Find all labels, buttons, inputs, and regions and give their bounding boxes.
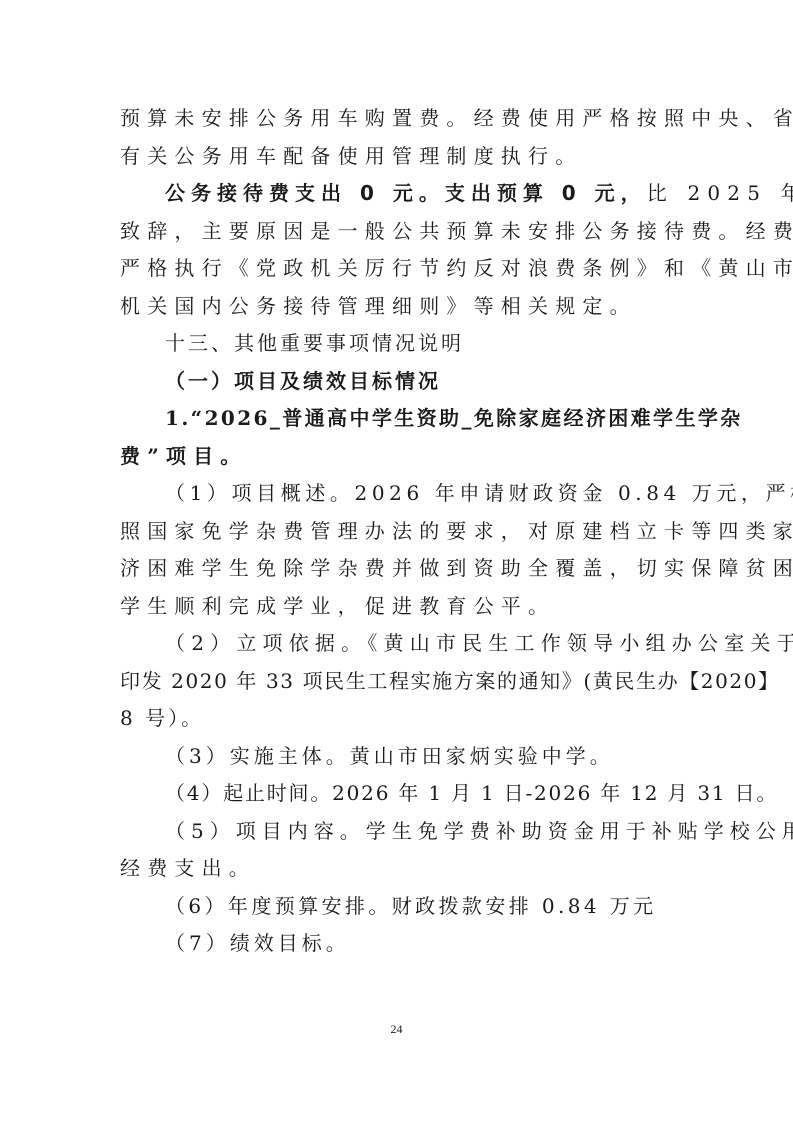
paragraph-line: 致辞，主要原因是一般公共预算未安排公务接待费。经费使用: [120, 213, 692, 251]
project-title-cont: 费”项目。: [120, 438, 692, 476]
budget-line: （6）年度预算安排。财政拨款安排 0.84 万元: [120, 888, 692, 926]
page-number: 24: [0, 1022, 793, 1037]
basis-line: 8 号）。: [120, 700, 692, 738]
goals-line: （7）绩效目标。: [120, 925, 692, 963]
reception-expense-line: 公务接待费支出 0 元。支出预算 0 元，比 2025 年预算一: [120, 175, 692, 213]
overview-line: 济困难学生免除学杂费并做到资助全覆盖，切实保障贫困家庭: [120, 550, 692, 588]
content-line: 经费支出。: [120, 850, 692, 888]
section-13-title: 十三、其他重要事项情况说明: [120, 325, 692, 363]
paragraph-line: 机关国内公务接待管理细则》等相关规定。: [120, 288, 692, 326]
content-line: （5）项目内容。学生免学费补助资金用于补贴学校公用: [120, 813, 692, 851]
overview-line: （1）项目概述。2026 年申请财政资金 0.84 万元，严格按: [120, 475, 692, 513]
implementer-line: （3）实施主体。黄山市田家炳实验中学。: [120, 738, 692, 776]
paragraph-line: 有关公务用车配备使用管理制度执行。: [120, 138, 692, 176]
subsection-1-title: （一）项目及绩效目标情况: [120, 363, 692, 401]
paragraph-line: 严格执行《党政机关厉行节约反对浪费条例》和《黄山市党政: [120, 250, 692, 288]
basis-line: 印发 2020 年 33 项民生工程实施方案的通知》(黄民生办【2020】: [120, 663, 692, 701]
basis-line: （2）立项依据。《黄山市民生工作领导小组办公室关于: [120, 625, 692, 663]
period-line: （4）起止时间。2026 年 1 月 1 日-2026 年 12 月 31 日。: [120, 775, 692, 813]
overview-line: 照国家免学杂费管理办法的要求，对原建档立卡等四类家庭经: [120, 513, 692, 551]
document-body: 预算未安排公务用车购置费。经费使用严格按照中央、省和市 有关公务用车配备使用管理…: [120, 100, 692, 963]
paragraph-line: 预算未安排公务用车购置费。经费使用严格按照中央、省和市: [120, 100, 692, 138]
overview-line: 学生顺利完成学业，促进教育公平。: [120, 588, 692, 626]
reception-expense-rest: 比 2025 年预算一: [647, 181, 793, 205]
reception-expense-bold: 公务接待费支出 0 元。支出预算 0 元，: [165, 181, 647, 205]
project-title: 1.“2026_普通高中学生资助_免除家庭经济困难学生学杂: [120, 400, 692, 438]
